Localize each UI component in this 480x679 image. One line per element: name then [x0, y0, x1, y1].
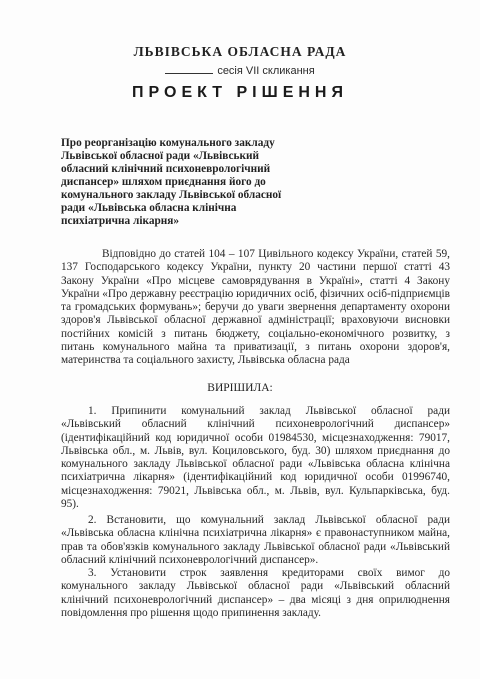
item-line: «Львівський обласний клінічний психоневр… [61, 418, 450, 431]
document-page: ЛЬВІВСЬКА ОБЛАСНА РАДА сесія VII скликан… [0, 0, 480, 679]
preamble-line: здоров'я Львівської обласної державної а… [61, 314, 450, 327]
item-line: 3. Установити строк заявлення кредиторам… [61, 567, 450, 580]
preamble-line: України «Про державну реєстрацію юридичн… [61, 288, 450, 301]
council-name: ЛЬВІВСЬКА ОБЛАСНА РАДА [0, 44, 480, 60]
subject-line: обласний клінічний психоневрологічний [61, 163, 321, 176]
decided-heading: ВИРІШИЛА: [0, 382, 480, 394]
item-line: психіатрична лікарня» (ідентифікаційний … [61, 471, 450, 484]
item-line: повідомлення про рішення щодо припинення… [61, 607, 450, 620]
item-line: місцезнаходження: 79021, Львівська обл.,… [61, 485, 450, 498]
preamble-line: та громадських формувань»; беручи до ува… [61, 301, 450, 314]
preamble-line: питань комунального майна та приватизаці… [61, 341, 450, 354]
decision-item-1: 1. Припинити комунальний заклад Львівськ… [61, 405, 450, 511]
decision-item-3: 3. Установити строк заявлення кредиторам… [61, 567, 450, 620]
item-line: клінічний психоневрологічний диспансер» … [61, 594, 450, 607]
preamble-paragraph: Відповідно до статей 104 – 107 Цивільног… [61, 248, 450, 368]
item-line: «Львівська обласна клінічна психіатрична… [61, 527, 450, 540]
item-line: обласний клінічний психоневрологічний ди… [61, 554, 450, 567]
subject-line: комунального закладу Львівської обласної [61, 189, 321, 202]
item-line: Львівська обл., м. Львів, вул. Коциловсь… [61, 445, 450, 458]
session-number-blank [165, 64, 213, 74]
item-line: 95). [61, 498, 450, 511]
subject-line: ради «Львівська обласна клінічна [61, 202, 321, 215]
subject-line: диспансер» шляхом приєднання його до [61, 176, 321, 189]
decision-item-2: 2. Встановити, що комунальний заклад Льв… [61, 514, 450, 567]
decision-subject: Про реорганізацію комунального закладу Л… [61, 137, 321, 228]
item-line: (ідентифікаційний код юридичної особи 01… [61, 432, 450, 445]
item-line: прав та обов'язків комунального закладу … [61, 541, 450, 554]
session-line: сесія VII скликання [0, 64, 480, 77]
item-line: комунального закладу Львівської обласної… [61, 580, 450, 593]
item-line: 2. Встановити, що комунальний заклад Льв… [61, 514, 450, 527]
session-label: сесія VII скликання [217, 65, 314, 77]
item-line: 1. Припинити комунальний заклад Львівськ… [61, 405, 450, 418]
document-title: ПРОЕКТ РІШЕННЯ [0, 84, 480, 102]
preamble-line: Закону України «Про місцеве самоврядуван… [61, 275, 450, 288]
preamble-line: Відповідно до статей 104 – 107 Цивільног… [61, 248, 450, 261]
subject-line: Про реорганізацію комунального закладу [61, 137, 321, 150]
preamble-line: постійних комісій з питань бюджету, соці… [61, 328, 450, 341]
preamble-line: материнства та соціального захисту, Льві… [61, 354, 450, 367]
preamble-line: 137 Господарського кодексу України, пунк… [61, 261, 450, 274]
subject-line: Львівської обласної ради «Львівський [61, 150, 321, 163]
subject-line: психіатрична лікарня» [61, 215, 321, 228]
item-line: комунального закладу Львівської обласної… [61, 458, 450, 471]
